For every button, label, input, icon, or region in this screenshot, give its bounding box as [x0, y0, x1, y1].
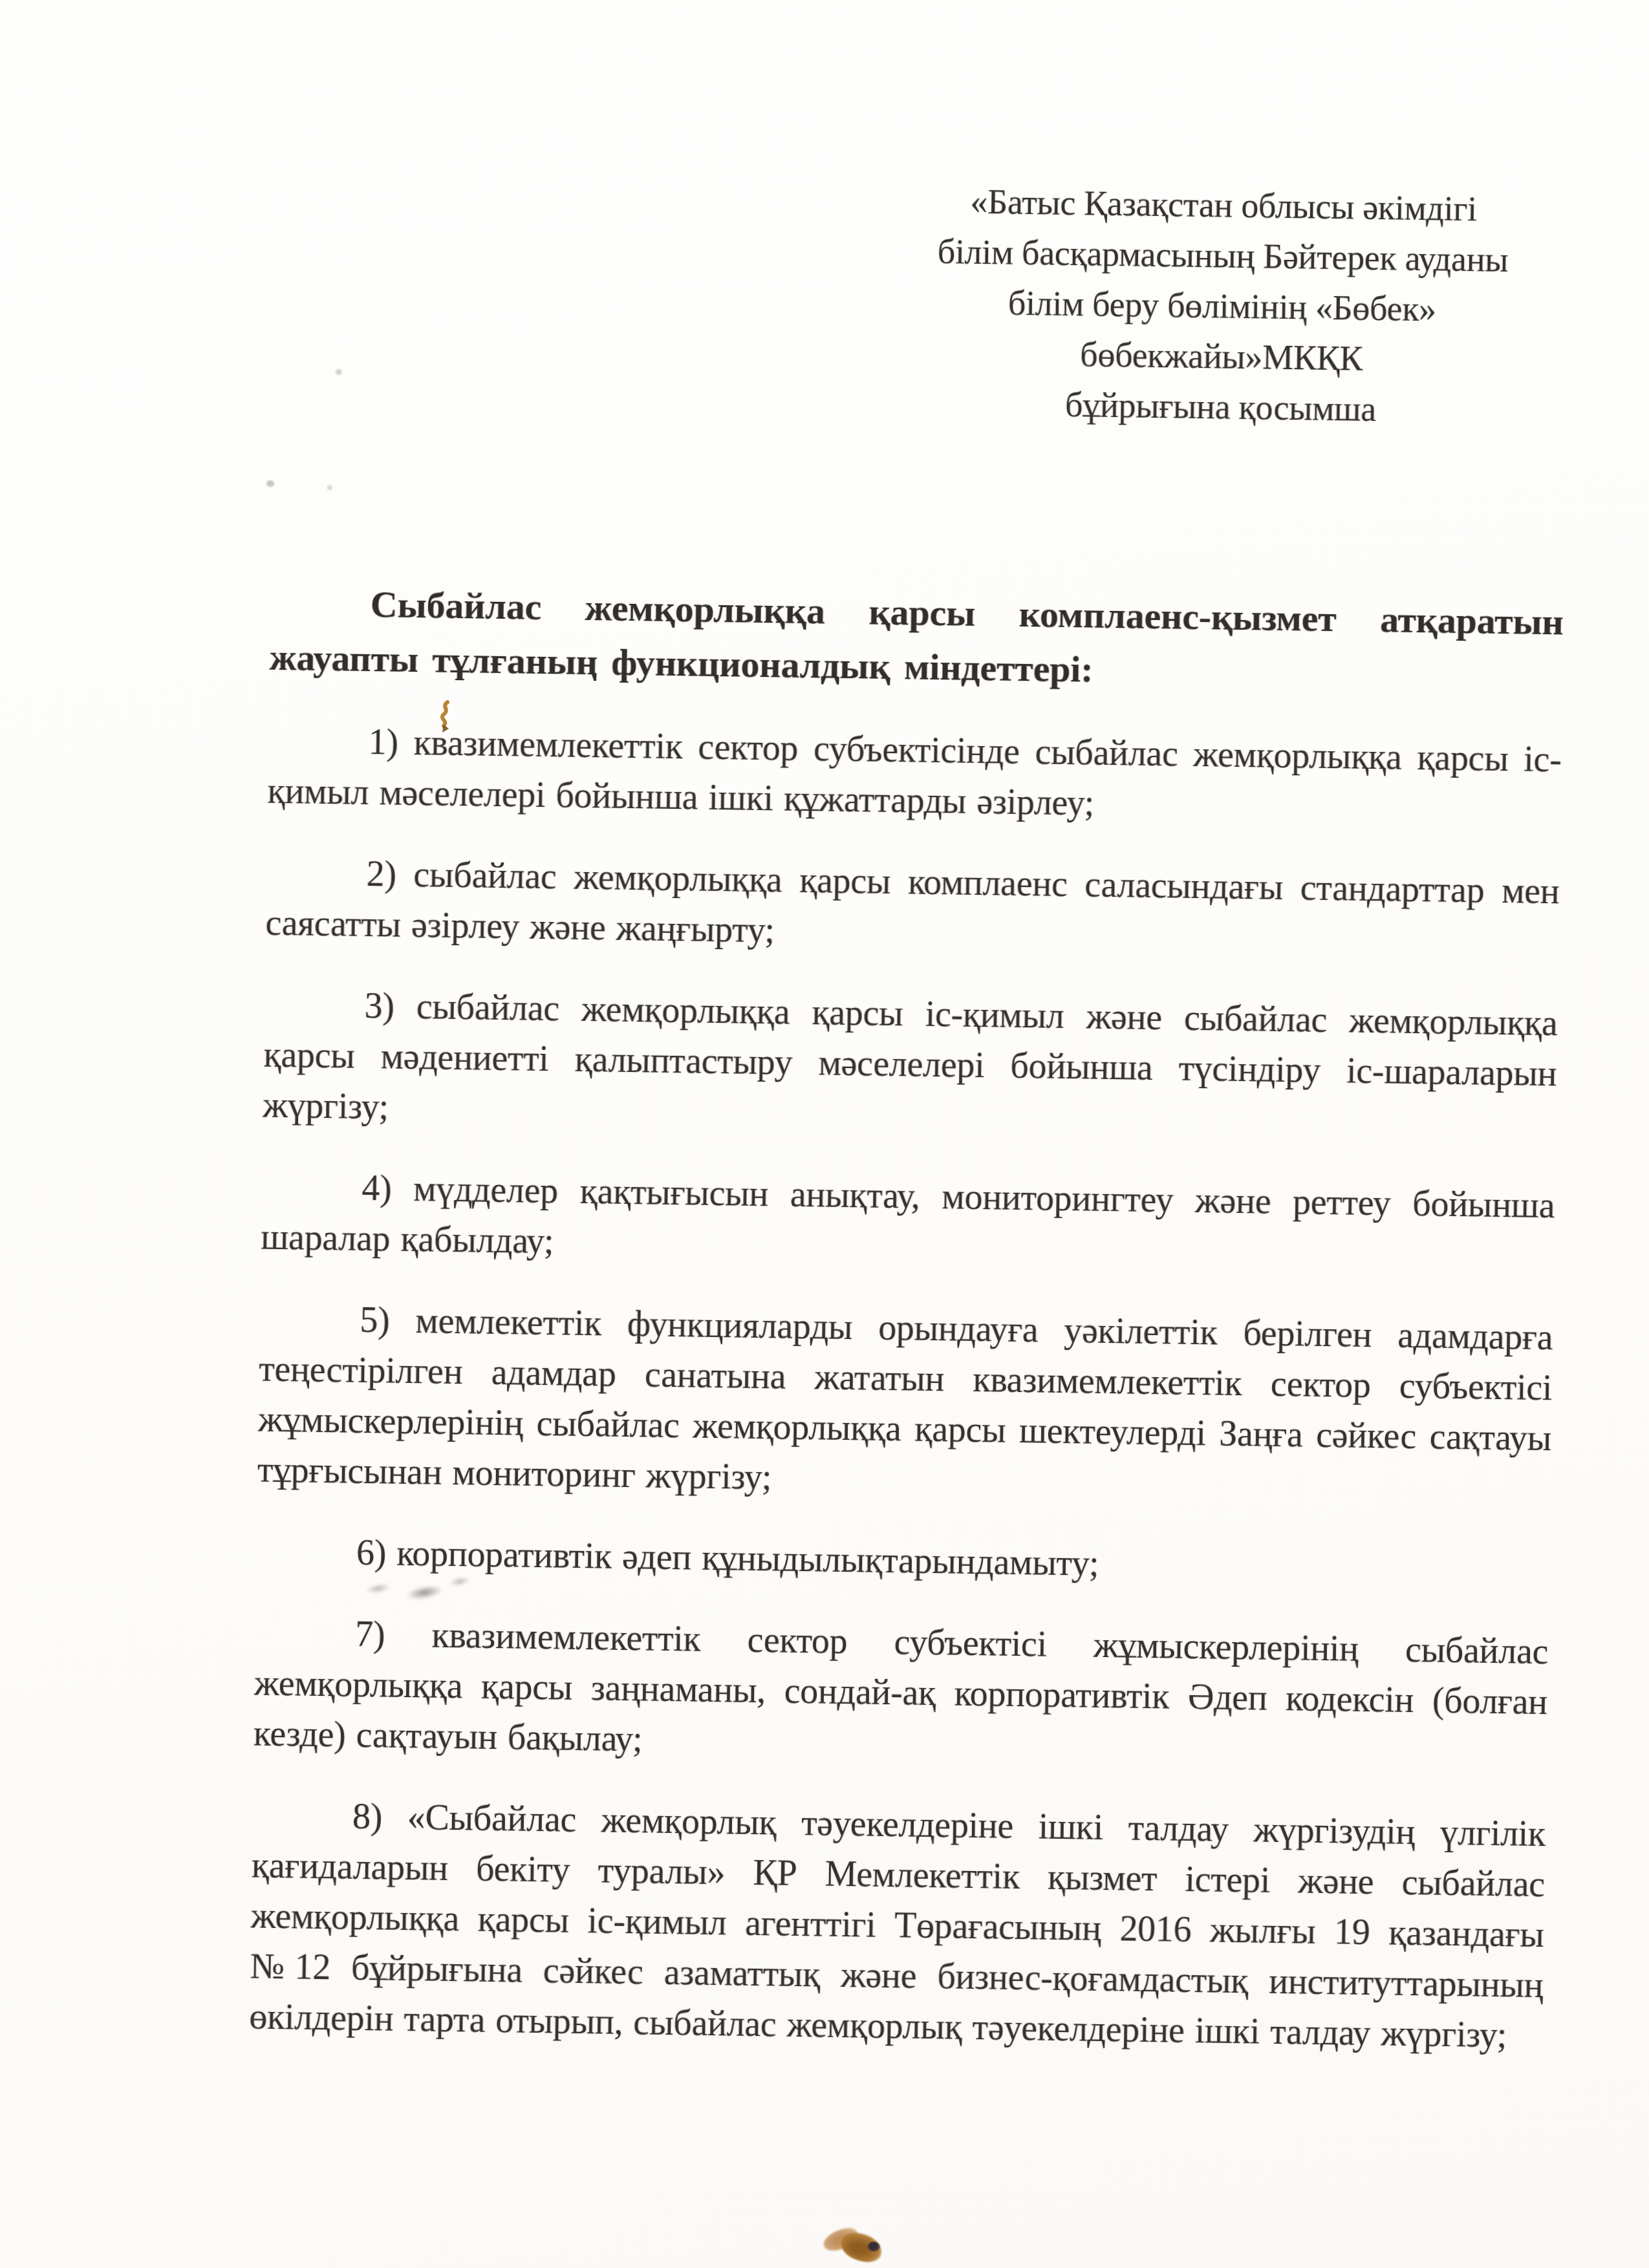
document-title: Сыбайлас жемқорлыққа қарсы комплаенс-қыз… — [269, 576, 1564, 704]
paper-stain-dark-artifact — [838, 2230, 884, 2265]
paper-stain-light-artifact — [821, 2225, 861, 2254]
appendix-header-line: бұйрығына қосымша — [868, 376, 1573, 437]
appendix-header: «Батыс Қазақстан облысы әкімдігі білім б… — [868, 175, 1577, 437]
duty-item-4: 4) мүдделер қақтығысын анықтау, монитори… — [261, 1162, 1555, 1282]
document-content: «Батыс Қазақстан облысы әкімдігі білім б… — [0, 0, 1649, 2062]
duty-item-5: 5) мемлекеттік функцияларды орындауға уә… — [257, 1294, 1553, 1515]
duty-item-8: 8) «Сыбайлас жемқорлық тәуекелдеріне ішк… — [249, 1790, 1546, 2061]
paper-stain-spot-artifact — [867, 2241, 880, 2252]
duty-item-2: 2) сыбайлас жемқорлыққа қарсы комплаенс … — [265, 848, 1560, 968]
duty-item-7: 7) квазимемлекеттік сектор субъектісі жұ… — [253, 1608, 1548, 1779]
appendix-header-line: білім басқармасының Бәйтерек ауданы — [870, 225, 1576, 286]
scanned-document-page: «Батыс Қазақстан облысы әкімдігі білім б… — [0, 0, 1649, 2268]
duty-item-6: 6) корпоративтік әдеп құныдылықтарындамы… — [256, 1526, 1550, 1596]
duty-item-3: 3) сыбайлас жемқорлыққа қарсы іс-қимыл ж… — [263, 979, 1558, 1150]
duty-item-1: 1) квазимемлекеттік сектор субъектісінде… — [267, 716, 1562, 836]
